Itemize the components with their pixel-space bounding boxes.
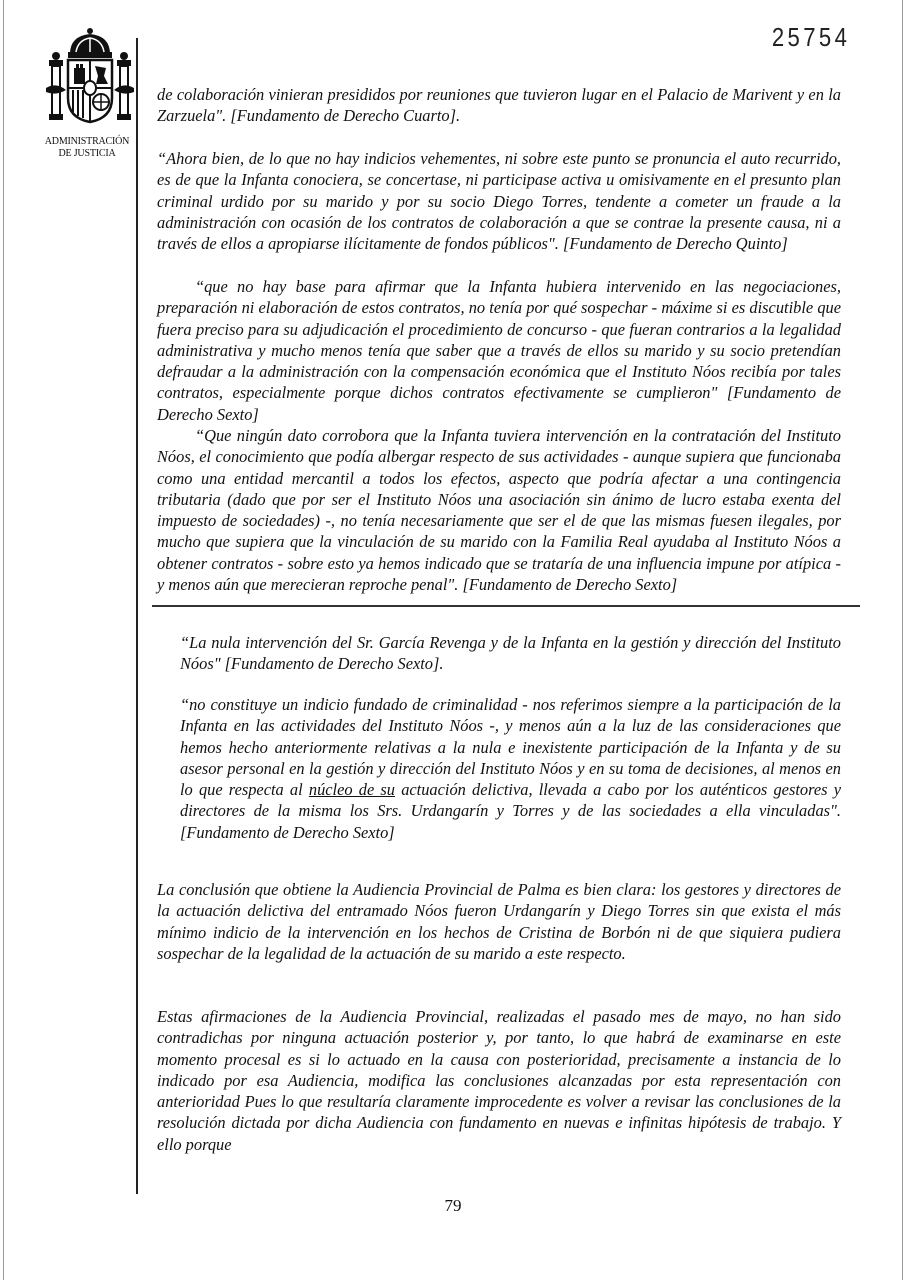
emblem-caption-line1: ADMINISTRACIÓN (34, 136, 140, 148)
paragraph-quote-cuarto: de colaboración vinieran presididos por … (157, 84, 841, 127)
emblem-caption-line2: DE JUSTICIA (34, 148, 140, 160)
document-number: 25754 (772, 22, 850, 53)
page-number: 79 (0, 1196, 906, 1216)
section-divider (152, 605, 860, 607)
paragraph-quote-sexto-1: “que no hay base para afirmar que la Inf… (157, 276, 841, 425)
paragraph-quote-sexto-4: “no constituye un indicio fundado de cri… (180, 694, 841, 843)
emblem-caption: ADMINISTRACIÓN DE JUSTICIA (34, 136, 140, 160)
margin-rule (136, 38, 138, 1194)
scan-edge-right (902, 0, 903, 1280)
scan-edge-left (3, 0, 4, 1280)
paragraph-quote-sexto-3: “La nula intervención del Sr. García Rev… (180, 632, 841, 675)
spanish-coat-of-arms-icon (40, 26, 140, 126)
paragraph-quote-quinto: “Ahora bien, de lo que no hay indicios v… (157, 148, 841, 254)
paragraph-quote-sexto-2: “Que ningún dato corrobora que la Infant… (157, 425, 841, 595)
paragraph-conclusion: La conclusión que obtiene la Audiencia P… (157, 879, 841, 964)
paragraph-affirmations: Estas afirmaciones de la Audiencia Provi… (157, 1006, 841, 1155)
underlined-text: núcleo de su (309, 780, 395, 799)
